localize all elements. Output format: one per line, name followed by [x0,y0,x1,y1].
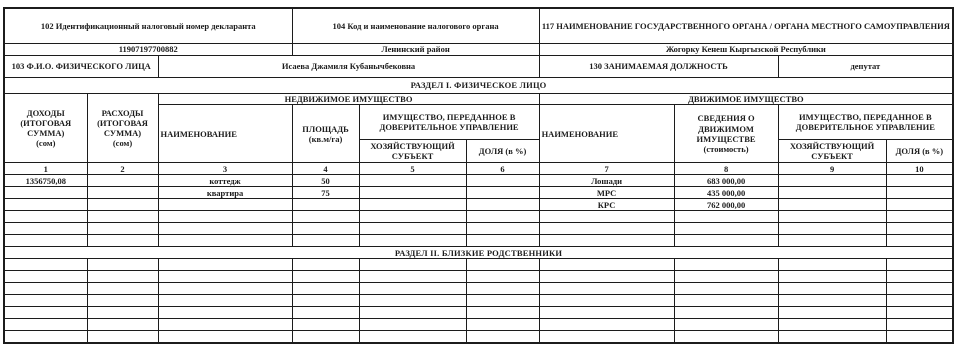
col-number: 8 [674,163,778,175]
empty-row [4,331,953,344]
cell [359,223,466,235]
cell-movable-value: 683 000,00 [674,175,778,187]
cell [4,307,87,319]
cell [539,295,674,307]
cell [778,235,886,247]
header-share-immovable: ДОЛЯ (в %) [466,140,539,163]
cell [359,235,466,247]
cell [158,211,292,223]
row-id-values: 11907197700882 Ленинский район Жогорку К… [4,44,953,56]
row-column-numbers: 1 2 3 4 5 6 7 8 9 10 [4,163,953,175]
cell-immovable-name: квартира [158,187,292,199]
cell [674,319,778,331]
cell [778,307,886,319]
cell [158,319,292,331]
cell-movable-value: 435 000,00 [674,187,778,199]
cell [292,331,359,344]
cell [674,259,778,271]
cell [4,211,87,223]
cell [4,283,87,295]
header-movable-group: ДВИЖИМОЕ ИМУЩЕСТВО [539,94,953,105]
cell [539,259,674,271]
cell [778,283,886,295]
header-movable-info: СВЕДЕНИЯ О ДВИЖИМОМ ИМУЩЕСТВЕ (стоимость… [674,105,778,163]
cell [4,259,87,271]
cell [886,331,953,344]
cell [778,331,886,344]
cell [292,223,359,235]
cell [359,175,466,187]
cell [778,223,886,235]
declaration-form: 102 Идентификационный налоговый номер де… [3,7,954,344]
cell [359,307,466,319]
cell [539,271,674,283]
section2-title: РАЗДЕЛ II. БЛИЗКИЕ РОДСТВЕННИКИ [4,247,953,259]
cell [466,283,539,295]
cell [466,211,539,223]
empty-row [4,283,953,295]
cell [466,331,539,344]
data-row: КРС 762 000,00 [4,199,953,211]
cell [466,307,539,319]
col-number: 3 [158,163,292,175]
cell [359,271,466,283]
cell [466,187,539,199]
field-103-value: Исаева Джамиля Кубанычбековна [158,56,539,78]
field-130-value: депутат [778,56,953,78]
cell [539,331,674,344]
cell [539,211,674,223]
cell-area: 75 [292,187,359,199]
cell [466,295,539,307]
cell [4,331,87,344]
header-name-immovable: НАИМЕНОВАНИЕ [158,105,292,163]
cell [539,307,674,319]
row-group-headers: ДОХОДЫ (ИТОГОВАЯ СУММА) (сом) РАСХОДЫ (И… [4,94,953,105]
cell [87,283,158,295]
cell [886,319,953,331]
cell [359,211,466,223]
empty-row [4,271,953,283]
cell [674,223,778,235]
data-row: 1356750,08 коттедж 50 Лошади 683 000,00 [4,175,953,187]
section1-title: РАЗДЕЛ I. ФИЗИЧЕСКОЕ ЛИЦО [4,78,953,94]
cell [87,199,158,211]
row-section1-title: РАЗДЕЛ I. ФИЗИЧЕСКОЕ ЛИЦО [4,78,953,94]
cell [87,259,158,271]
col-number: 1 [4,163,87,175]
cell [466,223,539,235]
cell [292,211,359,223]
col-number: 10 [886,163,953,175]
field-102-value: 11907197700882 [4,44,292,56]
header-share-movable: ДОЛЯ (в %) [886,140,953,163]
header-subject-movable: ХОЗЯЙСТВУЮЩИЙ СУБЪЕКТ [778,140,886,163]
cell [886,211,953,223]
cell [466,259,539,271]
cell [466,271,539,283]
declaration-table: 102 Идентификационный налоговый номер де… [3,7,954,344]
cell [674,271,778,283]
cell [87,235,158,247]
header-trust-movable: ИМУЩЕСТВО, ПЕРЕДАННОЕ В ДОВЕРИТЕЛЬНОЕ УП… [778,105,953,140]
cell [466,175,539,187]
cell [292,283,359,295]
empty-row [4,235,953,247]
header-expense: РАСХОДЫ (ИТОГОВАЯ СУММА) (сом) [87,94,158,163]
cell [292,319,359,331]
cell [886,187,953,199]
header-immovable-group: НЕДВИЖИМОЕ ИМУЩЕСТВО [158,94,539,105]
cell [674,235,778,247]
cell [886,175,953,187]
empty-row [4,211,953,223]
cell [158,235,292,247]
cell [4,199,87,211]
empty-row [4,259,953,271]
cell [886,271,953,283]
cell [87,295,158,307]
cell-movable-name: Лошади [539,175,674,187]
cell [674,211,778,223]
cell [87,175,158,187]
header-area: ПЛОЩАДЬ (кв.м/га) [292,105,359,163]
cell [158,199,292,211]
cell [778,259,886,271]
cell [87,331,158,344]
cell [158,307,292,319]
cell [292,199,359,211]
cell [158,283,292,295]
cell-movable-value: 762 000,00 [674,199,778,211]
cell [359,259,466,271]
cell [466,199,539,211]
cell [359,331,466,344]
field-117-label: 117 НАИМЕНОВАНИЕ ГОСУДАРСТВЕННОГО ОРГАНА… [539,8,953,44]
header-trust-immovable: ИМУЩЕСТВО, ПЕРЕДАННОЕ В ДОВЕРИТЕЛЬНОЕ УП… [359,105,539,140]
col-number: 6 [466,163,539,175]
cell [87,307,158,319]
row-person: 103 Ф.И.О. ФИЗИЧЕСКОГО ЛИЦА Исаева Джами… [4,56,953,78]
cell-movable-name: МРС [539,187,674,199]
cell [674,331,778,344]
cell [778,295,886,307]
empty-row [4,223,953,235]
cell [4,271,87,283]
field-103-label: 103 Ф.И.О. ФИЗИЧЕСКОГО ЛИЦА [4,56,158,78]
cell [886,235,953,247]
col-number: 5 [359,163,466,175]
cell-income-total: 1356750,08 [4,175,87,187]
col-number: 2 [87,163,158,175]
empty-row [4,307,953,319]
empty-row [4,295,953,307]
cell [87,319,158,331]
cell [359,295,466,307]
cell [778,319,886,331]
cell [886,223,953,235]
cell [292,295,359,307]
cell [778,211,886,223]
cell [886,307,953,319]
field-102-label: 102 Идентификационный налоговый номер де… [4,8,292,44]
cell [87,211,158,223]
cell [539,223,674,235]
col-number: 4 [292,163,359,175]
col-number: 7 [539,163,674,175]
field-104-label: 104 Код и наименование налогового органа [292,8,539,44]
cell [4,187,87,199]
cell [87,271,158,283]
cell [4,295,87,307]
header-subject-immovable: ХОЗЯЙСТВУЮЩИЙ СУБЪЕКТ [359,140,466,163]
cell [292,271,359,283]
cell [466,235,539,247]
cell [539,235,674,247]
cell [778,187,886,199]
cell [539,283,674,295]
cell-movable-name: КРС [539,199,674,211]
cell [674,283,778,295]
field-130-label: 130 ЗАНИМАЕМАЯ ДОЛЖНОСТЬ [539,56,778,78]
cell [886,295,953,307]
field-117-value: Жогорку Кенеш Кыргызской Республики [539,44,953,56]
cell-area: 50 [292,175,359,187]
row-id-labels: 102 Идентификационный налоговый номер де… [4,8,953,44]
cell [674,307,778,319]
cell [778,175,886,187]
cell [778,271,886,283]
cell [466,319,539,331]
cell [158,259,292,271]
cell [158,295,292,307]
cell [539,319,674,331]
cell [4,223,87,235]
cell [359,319,466,331]
cell [292,235,359,247]
header-name-movable: НАИМЕНОВАНИЕ [539,105,674,163]
cell [359,187,466,199]
cell-immovable-name: коттедж [158,175,292,187]
cell [292,259,359,271]
cell [4,319,87,331]
cell [158,331,292,344]
cell [886,283,953,295]
field-104-value: Ленинский район [292,44,539,56]
header-income: ДОХОДЫ (ИТОГОВАЯ СУММА) (сом) [4,94,87,163]
cell [886,259,953,271]
cell [886,199,953,211]
col-number: 9 [778,163,886,175]
cell [87,223,158,235]
cell [359,283,466,295]
empty-row [4,319,953,331]
cell [778,199,886,211]
cell [158,223,292,235]
row-section2-title: РАЗДЕЛ II. БЛИЗКИЕ РОДСТВЕННИКИ [4,247,953,259]
cell [359,199,466,211]
cell [674,295,778,307]
cell [158,271,292,283]
cell [4,235,87,247]
data-row: квартира 75 МРС 435 000,00 [4,187,953,199]
cell [87,187,158,199]
cell [292,307,359,319]
